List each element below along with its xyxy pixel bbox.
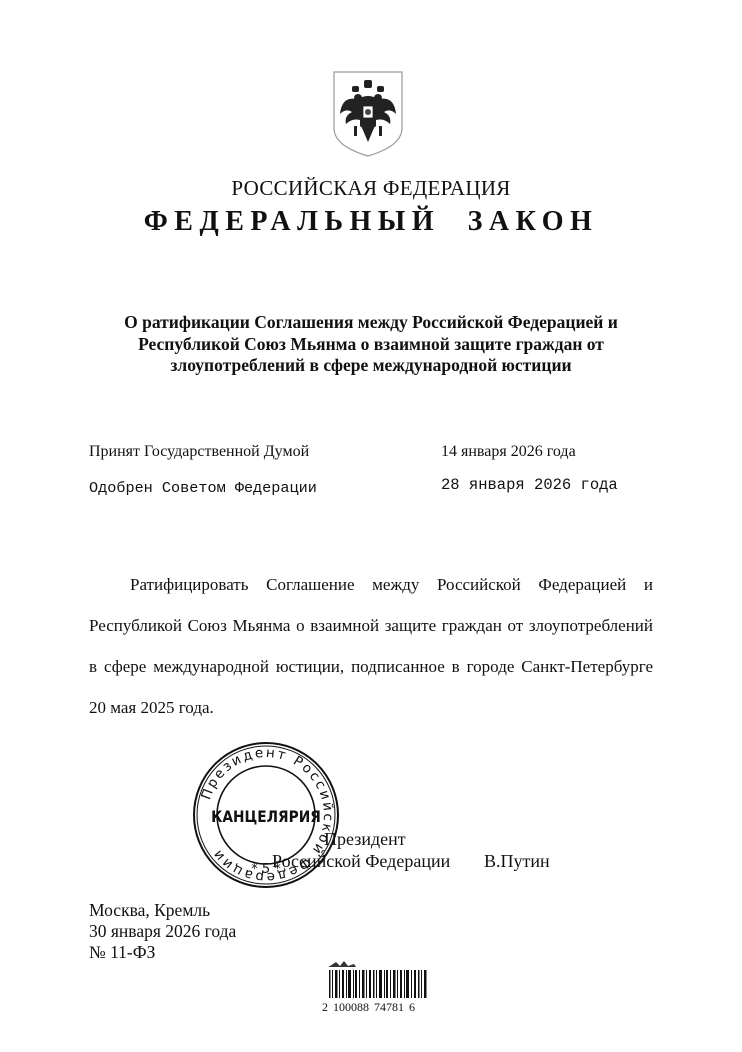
law-body-paragraph: Ратифицировать Соглашение между Российск…	[89, 564, 653, 728]
signing-place: Москва, Кремль	[89, 900, 210, 921]
coat-of-arms-icon	[330, 68, 406, 160]
signer-name: В.Путин	[484, 851, 550, 872]
stamp-center-text: КАНЦЕЛЯРИЯ	[211, 807, 321, 826]
law-number: № 11-ФЗ	[89, 942, 155, 963]
council-approval-date: 28 января 2026 года	[441, 476, 618, 494]
country-heading: РОССИЙСКАЯ ФЕДЕРАЦИЯ	[0, 176, 742, 201]
law-title: О ратификации Соглашения между Российско…	[90, 312, 652, 377]
signer-title-line2: Российской Федерации	[272, 851, 450, 872]
barcode-number: 2 100088 74781 6	[322, 1000, 446, 1015]
emblem-mini-icon	[328, 961, 356, 967]
document-type-heading: ФЕДЕРАЛЬНЫЙ ЗАКОН	[0, 206, 742, 238]
duma-adoption-label: Принят Государственной Думой	[89, 443, 309, 461]
council-approval-label: Одобрен Советом Федерации	[89, 479, 317, 497]
signer-title-line1: Президент	[324, 829, 406, 850]
signing-date: 30 января 2026 года	[89, 921, 236, 942]
duma-adoption-date: 14 января 2026 года	[441, 443, 576, 461]
